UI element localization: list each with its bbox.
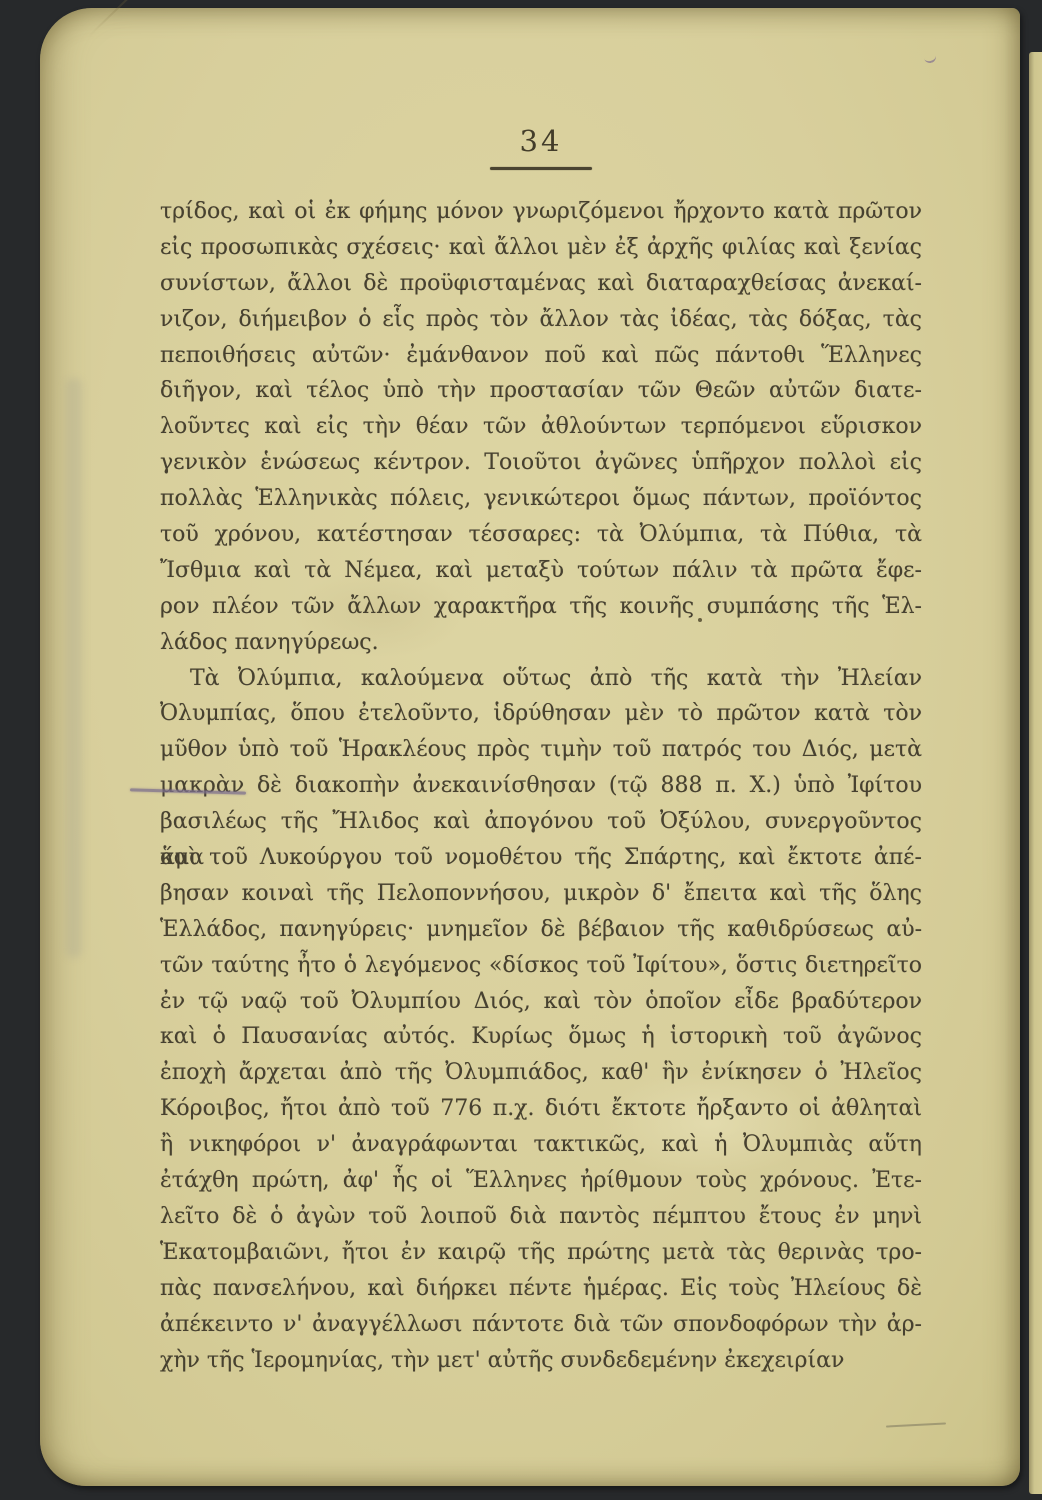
- text-line: εἰς προσωπικὰς σχέσεις· καὶ ἄλλοι μὲν ἐξ…: [160, 230, 922, 266]
- text-line: ἐν τῷ ναῷ τοῦ Ὀλυμπίου Διός, καὶ τὸν ὁπο…: [160, 984, 922, 1020]
- pencil-mark: [923, 51, 937, 65]
- scanned-book-photo: 34 τρίδος, καὶ οἱ ἐκ φήμης μόνον γνωριζό…: [0, 0, 1042, 1500]
- text-line: λοῦντες καὶ εἰς τὴν θέαν τῶν ἀθλούντων τ…: [160, 409, 922, 445]
- text-line: μῦθον ὑπὸ τοῦ Ἡρακλέους πρὸς τιμὴν τοῦ π…: [160, 732, 922, 768]
- text-line: Τὰ Ὀλύμπια, καλούμενα οὕτως ἀπὸ τῆς κατὰ…: [160, 661, 922, 697]
- next-page-edge: [1029, 52, 1042, 1494]
- body-text: τρίδος, καὶ οἱ ἐκ φήμης μόνον γνωριζόμεν…: [160, 194, 922, 1378]
- text-line: Κόροιβος, ἤτοι ἀπὸ τοῦ 776 π.χ. διότι ἔκ…: [160, 1091, 922, 1127]
- text-line: λεῖτο δὲ ὁ ἀγὼν τοῦ λοιποῦ διὰ παντὸς πέ…: [160, 1199, 922, 1235]
- text-line: βησαν κοιναὶ τῆς Πελοποννήσου, μικρὸν δ'…: [160, 876, 922, 912]
- text-line: ρον πλέον τῶν ἄλλων χαρακτῆρα τῆς κοινῆς…: [160, 589, 922, 625]
- text-line: τοῦ χρόνου, κατέστησαν τέσσαρες: τὰ Ὀλύμ…: [160, 517, 922, 553]
- corner-crease: [87, 0, 189, 38]
- text-line: Ἴσθμια καὶ τὰ Νέμεα, καὶ μεταξὺ τούτων π…: [160, 553, 922, 589]
- text-line: λάδος πανηγύρεως.: [160, 625, 922, 661]
- text-line: μακρὰν δὲ διακοπὴν ἀνεκαινίσθησαν (τῷ 88…: [160, 768, 922, 804]
- text-line: συνίστων, ἄλλοι δὲ προϋφισταμένας καὶ δι…: [160, 266, 922, 302]
- book-page: 34 τρίδος, καὶ οἱ ἐκ φήμης μόνον γνωριζό…: [40, 8, 1020, 1486]
- text-line: χὴν τῆς Ἱερομηνίας, τὴν μετ' αὐτῆς συνδε…: [160, 1343, 922, 1379]
- text-line: Ἑλλάδος, πανηγύρεις· μνημεῖον δὲ βέβαιον…: [160, 912, 922, 948]
- worn-edge-streak: [66, 378, 82, 958]
- page-number: 34: [160, 124, 922, 158]
- text-line: βασιλέως τῆς Ἤλιδος καὶ ἀπογόνου τοῦ Ὀξύ…: [160, 804, 922, 840]
- pencil-mark: [886, 1422, 946, 1427]
- text-line: ἀπέκειντο ν' ἀναγγέλλωσι πάντοτε διὰ τῶν…: [160, 1307, 922, 1343]
- text-line: ἐτάχθη πρώτη, ἀφ' ἧς οἱ Ἕλληνες ἠρίθμουν…: [160, 1163, 922, 1199]
- text-line: καὶ ὁ Παυσανίας αὐτός. Κυρίως ὅμως ἡ ἱστ…: [160, 1019, 922, 1055]
- text-line: τῶν ταύτης ἦτο ὁ λεγόμενος «δίσκος τοῦ Ἰ…: [160, 948, 922, 984]
- text-line: πὰς πανσελήνου, καὶ διήρκει πέντε ἡμέρας…: [160, 1271, 922, 1307]
- page-number-rule: [490, 167, 592, 170]
- text-line: διῆγον, καὶ τέλος ὑπὸ τὴν προστασίαν τῶν…: [160, 373, 922, 409]
- text-line: πεποιθήσεις αὐτῶν· ἐμάνθανον ποῦ καὶ πῶς…: [160, 338, 922, 374]
- text-line: ἐποχὴ ἄρχεται ἀπὸ τῆς Ὀλυμπιάδος, καθ' ἣ…: [160, 1055, 922, 1091]
- text-line: καὶ τοῦ Λυκούργου τοῦ νομοθέτου τῆς Σπάρ…: [160, 840, 922, 876]
- text-line: γενικὸν ἑνώσεως κέντρον. Τοιοῦτοι ἀγῶνες…: [160, 445, 922, 481]
- text-line: Ὀλυμπίας, ὅπου ἐτελοῦντο, ἱδρύθησαν μὲν …: [160, 696, 922, 732]
- text-line: πολλὰς Ἑλληνικὰς πόλεις, γενικώτεροι ὅμω…: [160, 481, 922, 517]
- text-line: νιζον, διήμειβον ὁ εἷς πρὸς τὸν ἄλλον τὰ…: [160, 302, 922, 338]
- text-line: ἢ νικηφόροι ν' ἀναγράφωνται τακτικῶς, κα…: [160, 1127, 922, 1163]
- text-line: Ἑκατομβαιῶνι, ἤτοι ἐν καιρῷ τῆς πρώτης μ…: [160, 1235, 922, 1271]
- page-header: 34: [160, 124, 922, 170]
- text-line: τρίδος, καὶ οἱ ἐκ φήμης μόνον γνωριζόμεν…: [160, 194, 922, 230]
- paper-speck: [698, 618, 702, 622]
